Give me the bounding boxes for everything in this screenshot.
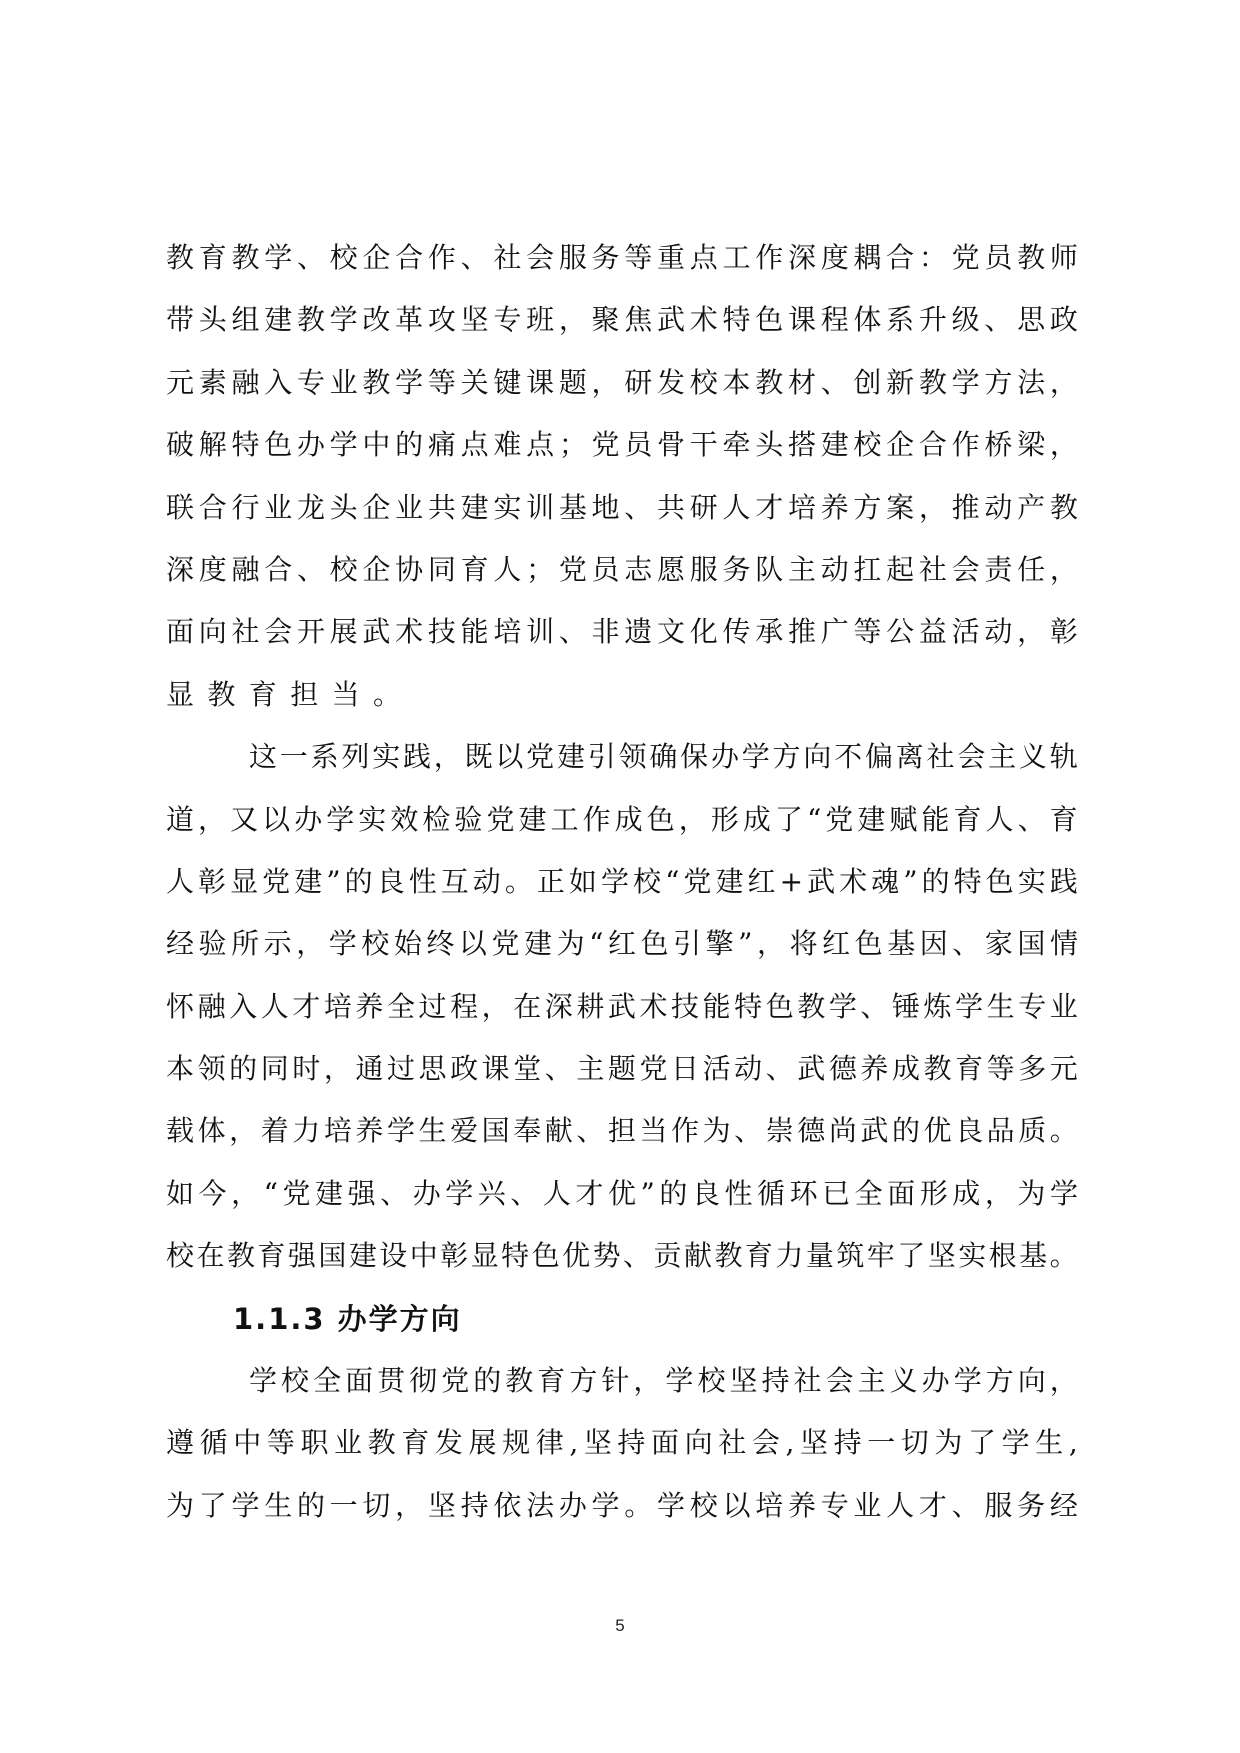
glyph: 办 [922, 1350, 950, 1412]
glyph: 环 [790, 1163, 818, 1225]
glyph: 遗 [624, 601, 652, 663]
glyph: 坚 [729, 1350, 757, 1412]
glyph: 深 [166, 539, 194, 601]
text-line: 如今，“党建强、办学兴、人才优”的良性循环已全面形成，为学 [166, 1163, 1078, 1225]
glyph: 。 [1050, 1100, 1078, 1162]
glyph: 教 [797, 976, 825, 1038]
glyph: 愿 [657, 539, 685, 601]
glyph: 显 [471, 1225, 499, 1287]
glyph: 的 [659, 1163, 687, 1225]
glyph: 赋 [889, 789, 917, 851]
glyph: 循 [200, 1412, 228, 1474]
text-line: 本领的同时，通过思政课堂、主题党日活动、武德养成教育等多元 [166, 1038, 1078, 1100]
glyph: 献 [684, 1225, 712, 1287]
glyph: 律 [536, 1412, 564, 1474]
glyph: 践 [403, 726, 431, 788]
glyph: 校 [690, 1475, 718, 1537]
glyph: 等 [987, 1038, 1015, 1100]
glyph: 学 [954, 1350, 982, 1412]
glyph: 质 [1018, 1100, 1046, 1162]
glyph: 奉 [513, 1100, 541, 1162]
text-line: 经验所示，学校始终以党建为“红色引擎”，将红色基因、家国情 [166, 913, 1078, 975]
glyph: 活 [703, 1038, 731, 1100]
glyph: 会 [264, 601, 292, 663]
glyph: 非 [592, 601, 620, 663]
glyph: 崇 [766, 1100, 794, 1162]
glyph: ， [559, 289, 587, 351]
glyph: 建 [315, 1163, 343, 1225]
glyph: ， [1050, 1350, 1078, 1412]
glyph: 力 [775, 1225, 803, 1287]
glyph: 素 [199, 352, 227, 414]
glyph: 的 [345, 851, 373, 913]
body-text: 教育教学、校企合作、社会服务等重点工作深度耦合：党员教师 带头组建教学改革攻坚专… [166, 227, 1078, 1537]
glyph: 效 [390, 789, 418, 851]
glyph: 终 [426, 913, 454, 975]
glyph: 政 [1050, 289, 1078, 351]
glyph: 服 [984, 1475, 1012, 1537]
glyph: 人 [261, 976, 289, 1038]
glyph: 入 [264, 352, 292, 414]
glyph: 党 [441, 1350, 469, 1412]
glyph: 班 [526, 289, 554, 351]
glyph: 校 [633, 851, 661, 913]
glyph: 育 [257, 1225, 285, 1287]
glyph: 的 [892, 1100, 920, 1162]
glyph: 痛 [428, 414, 456, 476]
glyph: 术 [690, 289, 718, 351]
glyph: 了 [199, 1475, 227, 1537]
glyph: 融 [231, 352, 259, 414]
glyph: 师 [1050, 227, 1078, 289]
glyph: 武 [657, 289, 685, 351]
glyph: 本 [722, 352, 750, 414]
glyph: 、 [860, 976, 888, 1038]
glyph: 办 [294, 789, 322, 851]
glyph: ” [903, 851, 917, 913]
glyph: 方 [984, 352, 1012, 414]
glyph: 牢 [867, 1225, 895, 1287]
glyph: 魂 [871, 851, 899, 913]
glyph: 育 [955, 1038, 983, 1100]
glyph: 企 [362, 477, 390, 539]
glyph: 色 [755, 289, 783, 351]
glyph: 训 [526, 601, 554, 663]
glyph: 同 [261, 1038, 289, 1100]
glyph: 怀 [166, 976, 194, 1038]
glyph: “ [264, 1163, 278, 1225]
glyph: 发 [435, 1412, 463, 1474]
glyph: 义 [890, 1350, 918, 1412]
glyph: 引 [673, 913, 701, 975]
glyph: 育 [461, 539, 489, 601]
glyph: 、 [297, 227, 325, 289]
glyph: 基 [1019, 1225, 1047, 1287]
glyph: 献 [545, 1100, 573, 1162]
glyph: 贡 [654, 1225, 682, 1287]
glyph: 方 [853, 477, 881, 539]
glyph: 红 [608, 913, 636, 975]
glyph: 专 [1018, 976, 1046, 1038]
glyph: 党 [283, 1163, 311, 1225]
glyph: 头 [755, 414, 783, 476]
glyph: 攻 [428, 289, 456, 351]
glyph: 、 [821, 352, 849, 414]
glyph: 经 [1050, 1475, 1078, 1537]
glyph: 色 [264, 414, 292, 476]
glyph: 良 [377, 851, 405, 913]
glyph: 度 [821, 227, 849, 289]
glyph: 育 [401, 1412, 429, 1474]
glyph: 作 [755, 227, 783, 289]
glyph: 正 [537, 851, 565, 913]
glyph: 实 [372, 726, 400, 788]
glyph: 建 [715, 851, 743, 913]
glyph: 学 [264, 227, 292, 289]
glyph: 主 [988, 726, 1016, 788]
glyph: 活 [952, 601, 980, 663]
glyph: 务 [722, 539, 750, 601]
glyph: 如 [569, 851, 597, 913]
glyph: 良 [692, 1163, 720, 1225]
glyph: 面 [345, 1350, 373, 1412]
glyph: 企 [362, 227, 390, 289]
glyph: 校 [361, 913, 389, 975]
glyph: ， [985, 1163, 1013, 1225]
glyph: 生 [419, 1100, 447, 1162]
glyph: 德 [797, 1100, 825, 1162]
glyph: 优 [562, 1225, 590, 1287]
glyph: 政 [450, 1038, 478, 1100]
glyph: 担 [608, 1100, 636, 1162]
glyph: 思 [1017, 289, 1045, 351]
glyph: 键 [493, 352, 521, 414]
glyph: 强 [288, 1225, 316, 1287]
text-line: 怀融入人才培养全过程，在深耕武术技能特色教学、锤炼学生专业 [166, 976, 1078, 1038]
glyph: 推 [952, 477, 980, 539]
text-line: 学校全面贯彻党的教育方针，学校坚持社会主义办学方向， [166, 1350, 1078, 1412]
glyph: 业 [395, 477, 423, 539]
glyph: ， [1050, 352, 1078, 414]
section-heading: 1.1.3 办学方向 [166, 1288, 1078, 1350]
glyph: 化 [690, 601, 718, 663]
glyph: 方 [773, 726, 801, 788]
glyph: 以 [722, 1475, 750, 1537]
glyph: 才 [575, 1163, 603, 1225]
glyph: 等 [428, 352, 456, 414]
glyph: 既 [465, 726, 493, 788]
glyph: 武 [860, 1100, 888, 1162]
glyph: 持 [834, 1412, 862, 1474]
glyph: 主 [788, 539, 816, 601]
glyph: 所 [231, 913, 259, 975]
glyph: 特 [722, 289, 750, 351]
glyph: 推 [788, 601, 816, 663]
glyph: 会 [526, 227, 554, 289]
glyph: 成 [892, 1038, 920, 1100]
glyph: 学 [601, 851, 629, 913]
glyph: 研 [624, 352, 652, 414]
glyph: 为 [934, 1412, 962, 1474]
glyph: 思 [419, 1038, 447, 1100]
glyph: 法 [526, 1475, 554, 1537]
glyph: 国 [1017, 913, 1045, 975]
glyph: ： [919, 227, 947, 289]
glyph: 系 [311, 726, 339, 788]
glyph: 学 [231, 1475, 259, 1537]
glyph: 建 [524, 913, 552, 975]
text-line: 校在教育强国建设中彰显特色优势、贡献教育力量筑牢了坚实根基。 [166, 1225, 1078, 1287]
glyph: 实 [1018, 851, 1046, 913]
glyph: 难 [493, 414, 521, 476]
glyph: 的 [395, 414, 423, 476]
glyph: 党 [559, 539, 587, 601]
glyph: 色 [855, 913, 883, 975]
glyph: 这 [249, 726, 277, 788]
glyph: 党 [683, 851, 711, 913]
glyph: 基 [887, 913, 915, 975]
glyph: 等 [853, 601, 881, 663]
glyph: 学 [387, 1100, 415, 1162]
glyph: ， [1017, 601, 1045, 663]
glyph: 育 [953, 789, 981, 851]
glyph: 成 [952, 1163, 980, 1225]
glyph: 共 [428, 477, 456, 539]
glyph: 作 [952, 414, 980, 476]
glyph: 校 [697, 1350, 725, 1412]
glyph: 党 [952, 227, 980, 289]
glyph: 社 [794, 1350, 822, 1412]
glyph: 的 [297, 1475, 325, 1537]
text-line: 破解特色办学中的痛点难点；党员骨干牵头搭建校企合作桥梁， [166, 414, 1078, 476]
glyph: 学 [1002, 1412, 1030, 1474]
glyph: 领 [198, 1038, 226, 1100]
glyph: 动 [984, 477, 1012, 539]
glyph: 在 [196, 1225, 224, 1287]
glyph: 育 [745, 1225, 773, 1287]
glyph: 共 [657, 477, 685, 539]
glyph: 教 [924, 1038, 952, 1100]
glyph: 离 [896, 726, 924, 788]
glyph: 业 [330, 352, 358, 414]
glyph: 。 [505, 851, 533, 913]
glyph: 益 [919, 601, 947, 663]
glyph: 企 [886, 414, 914, 476]
glyph: 建 [349, 1225, 377, 1287]
glyph: ， [919, 477, 947, 539]
glyph: 特 [734, 976, 762, 1038]
glyph: 建 [294, 851, 322, 913]
glyph: 面 [651, 1412, 679, 1474]
glyph: 兴 [478, 1163, 506, 1225]
glyph: 点 [461, 414, 489, 476]
glyph: 的 [229, 1038, 257, 1100]
glyph: 校 [853, 414, 881, 476]
glyph: 作 [428, 227, 456, 289]
glyph: 育 [537, 1350, 565, 1412]
glyph: 聚 [592, 289, 620, 351]
glyph: ， [324, 1038, 352, 1100]
glyph: 时 [292, 1038, 320, 1100]
glyph: 性 [724, 1163, 752, 1225]
glyph: ； [526, 539, 554, 601]
glyph: 特 [501, 1225, 529, 1287]
glyph: 课 [526, 352, 554, 414]
glyph: 展 [468, 1412, 496, 1474]
glyph: 红 [822, 913, 850, 975]
glyph: 育 [199, 227, 227, 289]
glyph: 面 [887, 1163, 915, 1225]
glyph: 术 [639, 976, 667, 1038]
glyph: 开 [297, 601, 325, 663]
glyph: 一 [330, 1475, 358, 1537]
glyph: 技 [671, 976, 699, 1038]
glyph: 题 [608, 1038, 636, 1100]
glyph: 优 [608, 1163, 636, 1225]
glyph: ， [633, 1350, 661, 1412]
glyph: 教 [1017, 227, 1045, 289]
glyph: 程 [821, 289, 849, 351]
glyph: 作 [583, 789, 611, 851]
glyph: 持 [461, 1475, 489, 1537]
glyph: 破 [166, 414, 194, 476]
text-line: 为了学生的一切，坚持依法办学。学校以培养专业人才、服务经 [166, 1475, 1078, 1537]
glyph: 全 [855, 1163, 883, 1225]
glyph: 耦 [853, 227, 881, 289]
glyph: “ [589, 913, 603, 975]
glyph: 道 [166, 789, 194, 851]
glyph: 党 [491, 913, 519, 975]
glyph: 红 [748, 851, 776, 913]
glyph: 才 [292, 976, 320, 1038]
glyph: “ [807, 789, 821, 851]
glyph: 新 [886, 352, 914, 414]
glyph: 不 [834, 726, 862, 788]
glyph: 党 [486, 789, 514, 851]
glyph: 循 [757, 1163, 785, 1225]
glyph: ， [434, 726, 462, 788]
page-number: 5 [0, 1616, 1240, 1636]
glyph: 、 [1018, 789, 1046, 851]
glyph: 养 [788, 1475, 816, 1537]
glyph: 学 [395, 352, 423, 414]
glyph: 保 [680, 726, 708, 788]
glyph: 中 [410, 1225, 438, 1287]
glyph: 等 [624, 227, 652, 289]
glyph: 实 [358, 789, 386, 851]
glyph: 彰 [1050, 601, 1078, 663]
glyph: 元 [1050, 1038, 1078, 1100]
glyph: 切 [362, 1475, 390, 1537]
glyph: 坚 [800, 1412, 828, 1474]
glyph: 武 [797, 1038, 825, 1100]
glyph: 过 [419, 976, 447, 1038]
glyph: 公 [886, 601, 914, 663]
glyph: 体 [198, 1100, 226, 1162]
glyph: 向 [199, 601, 227, 663]
glyph: 实 [958, 1225, 986, 1287]
glyph: 为 [166, 1475, 194, 1537]
glyph: 人 [986, 789, 1014, 851]
glyph: 员 [624, 414, 652, 476]
glyph: 党 [262, 851, 290, 913]
glyph: 员 [592, 539, 620, 601]
glyph: 社 [718, 1412, 746, 1474]
glyph: 培 [324, 976, 352, 1038]
glyph: ， [482, 976, 510, 1038]
glyph: 、 [545, 1038, 573, 1100]
glyph: 入 [229, 976, 257, 1038]
glyph: 系 [886, 289, 914, 351]
glyph: 以 [262, 789, 290, 851]
glyph: 关 [461, 352, 489, 414]
glyph: 课 [482, 1038, 510, 1100]
glyph: 办 [559, 1475, 587, 1537]
glyph: 党 [639, 1038, 667, 1100]
glyph: 教 [505, 1350, 533, 1412]
glyph: 今 [199, 1163, 227, 1225]
glyph: 会 [957, 726, 985, 788]
glyph: 显 [230, 851, 258, 913]
glyph: 学 [955, 976, 983, 1038]
glyph: 养 [355, 1100, 383, 1162]
glyph: 经 [166, 913, 194, 975]
glyph: 列 [341, 726, 369, 788]
glyph: 检 [422, 789, 450, 851]
glyph: 、 [576, 1100, 604, 1162]
text-line: 元素融入专业教学等关键课题，研发校本教材、创新教学方法， [166, 352, 1078, 414]
glyph: 深 [545, 976, 573, 1038]
glyph: 会 [752, 1412, 780, 1474]
glyph: 建 [557, 726, 585, 788]
glyph: 学 [952, 352, 980, 414]
glyph: ， [1050, 414, 1078, 476]
glyph: 员 [984, 227, 1012, 289]
glyph: 建 [857, 789, 885, 851]
glyph: 、 [734, 1100, 762, 1162]
glyph: 针 [601, 1350, 629, 1412]
glyph: 如 [166, 1163, 194, 1225]
glyph: 术 [395, 601, 423, 663]
glyph: 骨 [657, 414, 685, 476]
glyph: 教 [755, 352, 783, 414]
glyph: 坚 [928, 1225, 956, 1287]
text-line: 教育教学、校企合作、社会服务等重点工作深度耦合：党员教师 [166, 227, 1078, 289]
document-page: 教育教学、校企合作、社会服务等重点工作深度耦合：党员教师 带头组建教学改革攻坚专… [0, 0, 1240, 1753]
glyph: 遵 [166, 1412, 194, 1474]
glyph: 建 [821, 414, 849, 476]
glyph: 基 [559, 477, 587, 539]
glyph: ， [231, 1163, 259, 1225]
glyph: 专 [821, 1475, 849, 1537]
glyph: 依 [493, 1475, 521, 1537]
glyph: 引 [588, 726, 616, 788]
glyph: 实 [493, 477, 521, 539]
glyph: 企 [362, 539, 390, 601]
glyph: 教 [362, 352, 390, 414]
glyph: 广 [821, 601, 849, 663]
glyph: ， [296, 913, 324, 975]
glyph: 焦 [624, 289, 652, 351]
glyph: 学 [592, 1475, 620, 1537]
glyph: 持 [762, 1350, 790, 1412]
glyph: 擎 [706, 913, 734, 975]
glyph: 志 [624, 539, 652, 601]
glyph: 党 [825, 789, 853, 851]
glyph: 强 [348, 1163, 376, 1225]
glyph: 本 [166, 1038, 194, 1100]
glyph: 级 [952, 289, 980, 351]
